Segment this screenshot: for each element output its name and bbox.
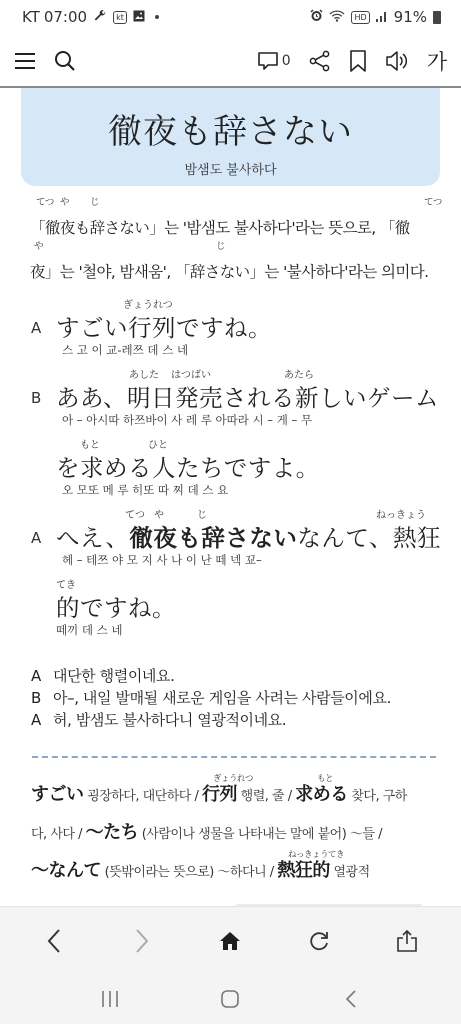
refresh-button[interactable]	[289, 921, 349, 961]
japanese-line: ああ、明日発売される新しいゲーム	[56, 379, 439, 413]
vocab-word: 行列	[202, 784, 237, 805]
speaker-label: A	[31, 665, 53, 687]
speaker-label: A	[31, 709, 53, 731]
status-left: KT 07:00 kt	[22, 8, 159, 26]
intro-paragraph: てつ や じ てつ 「徹夜も辞さない」는 '밤샘도 불사하다'라는 뜻으로, 「…	[30, 198, 440, 286]
title-korean: 밤샘도 불사하다	[21, 159, 440, 178]
forward-icon	[134, 928, 150, 954]
vocab-meaning: 굉장하다, 대단하다 /	[84, 789, 203, 804]
recent-apps-icon	[100, 989, 120, 1009]
vocab-meaning: 찾다, 구하	[348, 789, 407, 804]
comment-count: 0	[282, 53, 291, 69]
comment-icon	[257, 50, 279, 72]
furigana: じ	[216, 242, 225, 252]
bookmark-icon	[349, 50, 367, 72]
translation-block: A대단한 행렬이네요. B아–, 내일 발매될 새로운 게임을 사려는 사람들이…	[31, 665, 441, 731]
image-icon	[133, 8, 145, 26]
comment-button[interactable]: 0	[257, 50, 291, 72]
audio-button[interactable]	[385, 50, 409, 72]
alarm-icon	[310, 8, 323, 26]
furigana: じ	[90, 198, 99, 208]
search-button[interactable]	[54, 50, 76, 72]
refresh-icon	[308, 930, 330, 952]
pronunciation: 스 고 이 교-레쯔 데 스 네	[62, 342, 188, 358]
battery-icon	[433, 11, 441, 24]
system-back-button[interactable]	[326, 979, 376, 1019]
pronunciation: 아 – 아시따 하쯔바이 사 레 루 아따라 시 – 게 – 무	[62, 412, 312, 428]
speaker-label: A	[31, 319, 41, 337]
translation-line: A대단한 행렬이네요.	[31, 665, 441, 687]
share-page-button[interactable]	[377, 921, 437, 961]
article-toolbar: 0 가	[0, 38, 461, 84]
status-right: HD 91%	[310, 8, 441, 26]
menu-button[interactable]	[14, 52, 36, 70]
vocab-meaning: 다, 사다 /	[31, 827, 86, 842]
speaker-label: B	[31, 389, 41, 407]
vocab-line-3: ねっきょうてき ～なんて (뜻밖이라는 뜻으로) ～하다니 / 熱狂的 열광적	[31, 848, 441, 886]
translation-line: B아–, 내일 발매될 새로운 게임을 사려는 사람들이에요.	[31, 687, 441, 709]
carrier: KT	[22, 8, 40, 26]
speaker-label: B	[31, 687, 53, 709]
hd-voice-icon: HD	[351, 11, 369, 24]
pronunciation: 오 모또 메 루 히또 따 찌 데 스 요	[62, 482, 228, 498]
translation-line: A허, 밤샘도 불사하다니 열광적이네요.	[31, 709, 441, 731]
vocab-word: 求める	[295, 784, 348, 805]
japanese-line: 的ですね。	[56, 589, 176, 623]
vocab-line-2: 다, 사다 / ～たち (사람이나 생물을 나타내는 말에 붙어) ～들 /	[31, 810, 441, 848]
intro-text-1: 「徹夜も辞さない」는 '밤샘도 불사하다'라는 뜻으로, 「徹	[30, 221, 410, 237]
back-icon	[46, 928, 62, 954]
kt-app-icon: kt	[113, 11, 127, 24]
vocab-meaning: (뜻밖이라는 뜻으로) ～하다니 /	[101, 865, 277, 880]
translation-text: 허, 밤샘도 불사하다니 열광적이네요.	[53, 711, 286, 729]
vocab-word: 熱狂的	[277, 860, 330, 881]
system-navigation-bar	[0, 974, 461, 1024]
japanese-post: なんて、熱狂	[297, 524, 441, 552]
intro-line-2: や じ 夜」는 '철야, 밤새움', 「辞さない」는 '불사하다'라는 의미다.	[30, 242, 440, 286]
browser-toolbar	[0, 906, 461, 974]
font-size-button[interactable]: 가	[427, 46, 447, 76]
home-circle-icon	[220, 989, 240, 1009]
intro-line-1: てつ や じ てつ 「徹夜も辞さない」는 '밤샘도 불사하다'라는 뜻으로, 「…	[30, 198, 440, 242]
bookmark-button[interactable]	[349, 50, 367, 72]
back-button[interactable]	[24, 921, 84, 961]
search-icon	[54, 50, 76, 72]
vocab-meaning: (사람이나 생물을 나타내는 말에 붙어) ～들 /	[138, 827, 382, 842]
translation-text: 아–, 내일 발매될 새로운 게임을 사려는 사람들이에요.	[53, 689, 391, 707]
wifi-icon	[329, 8, 345, 26]
idiom-highlight: 徹夜も辞さない	[129, 524, 297, 552]
vocab-word: ～なんて	[31, 860, 101, 881]
vocab-line-1: ぎょうれつ もと すごい 굉장하다, 대단하다 / 行列 행렬, 줄 / 求める…	[31, 772, 441, 810]
signal-icon	[376, 8, 388, 26]
vocab-word: ～たち	[86, 822, 139, 843]
vocab-meaning: 열광적	[330, 865, 370, 880]
recent-apps-button[interactable]	[85, 979, 135, 1019]
title-card: 徹夜も辞さない 밤샘도 불사하다	[21, 88, 440, 186]
japanese-pre: へえ、	[56, 524, 129, 552]
dashed-divider	[32, 756, 436, 758]
pronunciation: 헤 – 테쯔 야 모 지 사 나 이 난 떼 넥 꾜–	[62, 552, 262, 568]
pronunciation: 떼끼 데 스 네	[56, 622, 123, 638]
japanese-line: すごい行列ですね。	[56, 309, 272, 343]
system-home-button[interactable]	[205, 979, 255, 1019]
dialogue-a-1: ぎょうれつ A すごい行列ですね。 스 고 이 교-레쯔 데 스 네	[0, 296, 461, 356]
wrench-icon	[93, 9, 107, 26]
share-nodes-icon	[309, 50, 331, 72]
furigana: てつ	[424, 198, 442, 208]
dot-icon	[155, 15, 159, 19]
share-button[interactable]	[309, 50, 331, 72]
system-back-icon	[344, 989, 358, 1009]
menu-icon	[14, 52, 36, 70]
vocab-meaning: 행렬, 줄 /	[237, 789, 295, 804]
clock: 07:00	[44, 8, 87, 26]
furigana: や	[60, 198, 69, 208]
japanese-line: を求める人たちですよ。	[56, 449, 320, 483]
dialogue-b-1: あした はつばい あたら B ああ、明日発売される新しいゲーム 아 – 아시따 …	[0, 366, 461, 426]
battery-percent: 91%	[394, 8, 427, 26]
japanese-line: へえ、徹夜も辞さないなんて、熱狂	[56, 519, 441, 553]
translation-text: 대단한 행렬이네요.	[53, 667, 174, 685]
title-japanese: 徹夜も辞さない	[21, 104, 440, 153]
furigana: や	[34, 242, 43, 252]
vocabulary-block: ぎょうれつ もと すごい 굉장하다, 대단하다 / 行列 행렬, 줄 / 求める…	[31, 772, 441, 886]
share-icon	[396, 929, 418, 953]
home-icon	[219, 931, 241, 951]
status-bar: KT 07:00 kt HD 91%	[0, 0, 461, 34]
furigana: てつ	[36, 198, 54, 208]
dialogue-a-2: てつ や じ ねっきょう A へえ、徹夜も辞さないなんて、熱狂 헤 – 테쯔 야…	[0, 506, 461, 566]
dialogue-a-3: てき 的ですね。 떼끼 데 스 네	[0, 576, 461, 636]
speaker-icon	[385, 50, 409, 72]
forward-button[interactable]	[112, 921, 172, 961]
intro-text-2: 夜」는 '철야, 밤새움', 「辞さない」는 '불사하다'라는 의미다.	[30, 265, 428, 281]
home-button[interactable]	[200, 921, 260, 961]
dialogue-b-2: もと ひと を求める人たちですよ。 오 모또 메 루 히또 따 찌 데 스 요	[0, 436, 461, 496]
vocab-word: すごい	[31, 784, 84, 805]
speaker-label: A	[31, 529, 41, 547]
